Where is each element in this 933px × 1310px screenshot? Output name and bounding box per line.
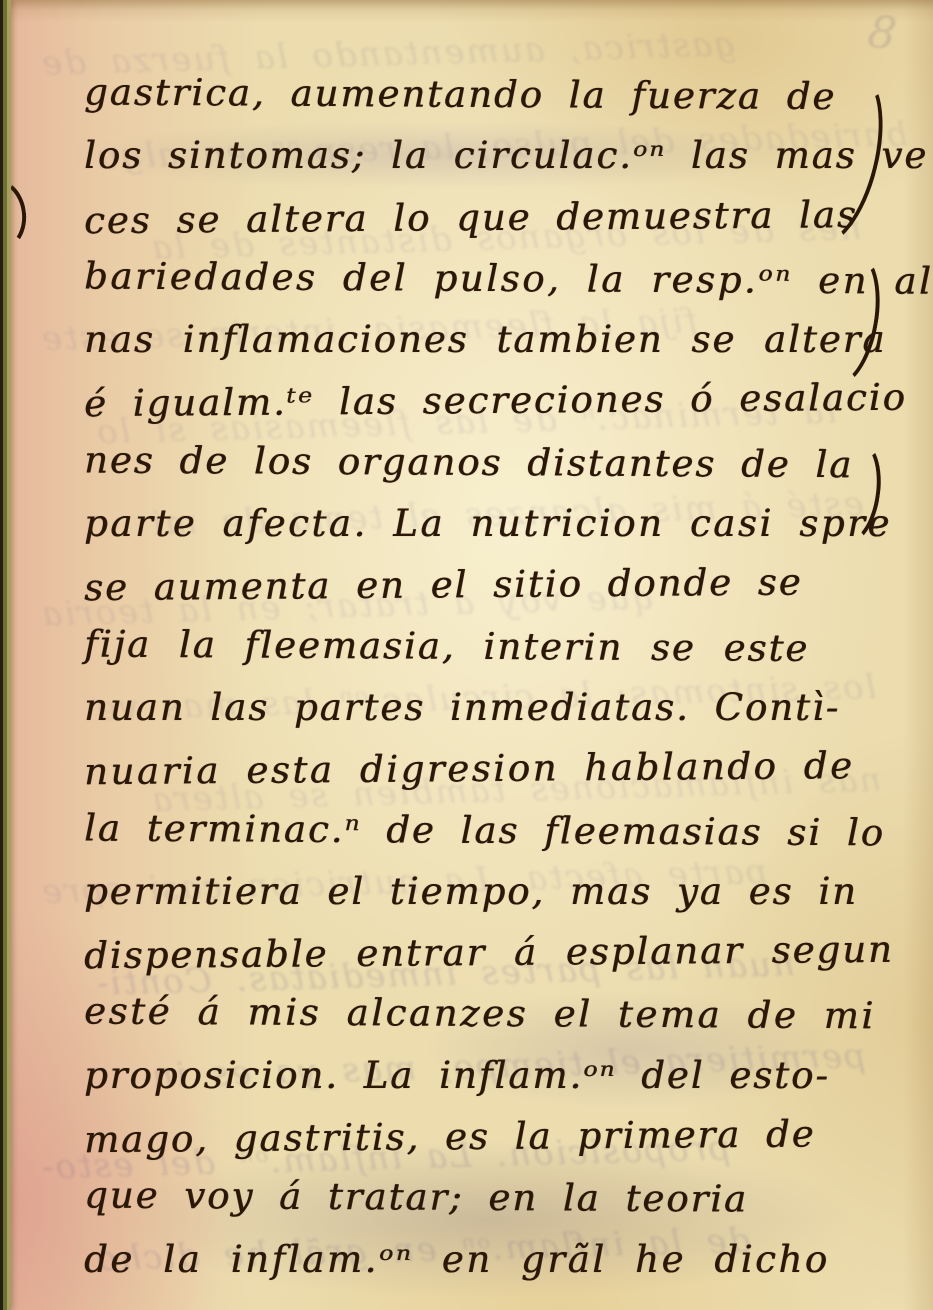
- book-binding-edge: [0, 0, 11, 1310]
- manuscript-line: proposicion. La inflam.ᵒⁿ del esto-: [84, 1047, 897, 1108]
- manuscript-line: de la inflam.ᵒⁿ en grãl he dicho: [84, 1231, 897, 1292]
- manuscript-line: la terminac.ⁿ de las fleemasias si lo: [84, 799, 897, 865]
- manuscript-line: que voy á tratar; en la teoria: [84, 1167, 897, 1233]
- manuscript-line: gastrica, aumentando la fuerza de: [84, 64, 897, 130]
- handwritten-text-block: gastrica, aumentando la fuerza de los si…: [0, 0, 933, 1292]
- manuscript-line: parte afecta. La nutricion casi spre: [84, 495, 897, 556]
- manuscript-line: permitiera el tiempo, mas ya es in: [84, 863, 897, 924]
- manuscript-page: gastrica, aumentando la fuerza debarieda…: [0, 0, 933, 1310]
- manuscript-line: nuan las partes inmediatas. Contì-: [84, 679, 897, 740]
- manuscript-line: esté á mis alcanzes el tema de mi: [84, 983, 897, 1049]
- manuscript-line: bariedades del pulso, la resp.ᵒⁿ en algu: [84, 247, 897, 313]
- manuscript-line: nuaria esta digresion hablando de: [84, 737, 897, 805]
- manuscript-line: los sintomas; la circulac.ᵒⁿ las mas ve: [84, 127, 897, 188]
- manuscript-line: é igualm.ᵗᵉ las secreciones ó esalacio: [84, 369, 897, 437]
- manuscript-line: dispensable entrar á esplanar segun: [84, 921, 897, 989]
- manuscript-line: nes de los organos distantes de la: [84, 431, 897, 497]
- manuscript-line: fija la fleemasia, interin se este: [84, 615, 897, 681]
- manuscript-line: se aumenta en el sitio donde se: [84, 553, 897, 621]
- manuscript-line: ces se altera lo que demuestra las: [84, 185, 897, 253]
- manuscript-line: nas inflamaciones tambien se altera: [84, 311, 897, 372]
- manuscript-line: mago, gastritis, es la primera de: [84, 1105, 897, 1173]
